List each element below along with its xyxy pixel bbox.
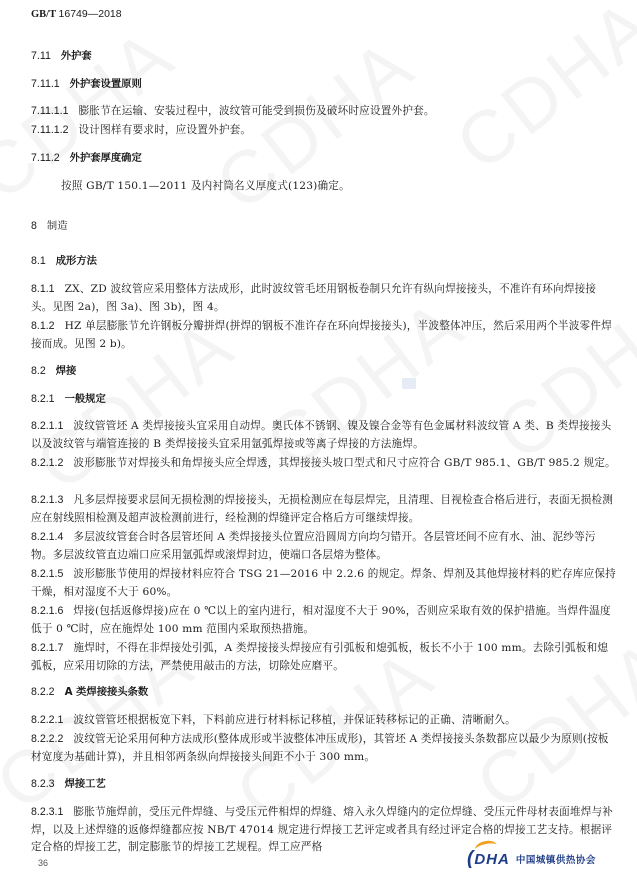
clause-text: 膨胀节施焊前，受压元件焊缝、与受压元件相焊的焊缝、熔入永久焊缝内的定位焊缝、受压… — [31, 806, 613, 853]
paragraph-8-2-1-6: 8.2.1.6焊接(包括返修焊接)应在 0 ℃以上的室内进行，相对湿度不大于 9… — [31, 603, 617, 638]
clause-text: 按照 GB/T 150.1—2011 及内衬筒名义厚度式(123)确定。 — [61, 180, 350, 192]
paragraph-8-2-1-3: 8.2.1.3凡多层焊接要求层间无损检测的焊接接头，无损检测应在每层焊完，且清理… — [31, 492, 617, 527]
clause-text: 设计图样有要求时，应设置外护套。 — [79, 124, 252, 136]
clause-text: 波形膨胀节使用的焊接材料应符合 TSG 21—2016 中 2.2.6 的规定。… — [31, 568, 616, 598]
section-title: 一般规定 — [65, 393, 106, 405]
heading-7-11-1: 7.11.1外护套设置原则 — [31, 76, 617, 94]
paragraph-8-2-1-1: 8.2.1.1波纹管管坯 A 类焊接接头宜采用自动焊。奥氏体不锈钢、镍及镍合金等… — [31, 418, 617, 453]
scan-artifact-mark — [402, 378, 416, 389]
heading-8-2-3: 8.2.3焊接工艺 — [31, 776, 617, 794]
clause-number: 8.2.1.4 — [31, 531, 63, 543]
heading-8-2-1: 8.2.1一般规定 — [31, 391, 617, 409]
section-title: 外护套厚度确定 — [70, 152, 142, 164]
cdha-logo-mark-icon: (DHA — [467, 848, 510, 870]
heading-8-2-2: 8.2.2A 类焊接接头条数 — [31, 684, 617, 702]
heading-8-2: 8.2焊接 — [31, 363, 617, 381]
paragraph-8-1-2: 8.1.2HZ 单层膨胀节允许钢板分瓣拼焊(拼焊的钢板不准许存在环向焊接接头)，… — [31, 318, 617, 353]
standard-number: 16749—2018 — [59, 8, 122, 20]
clause-number: 8.2.1.2 — [31, 457, 63, 469]
paragraph-8-2-2-2: 8.2.2.2波纹管无论采用何种方法成形(整体成形或半波整体冲压成形)，其管坯 … — [31, 731, 617, 766]
clause-text: ZX、ZD 波纹管应采用整体方法成形，此时波纹管毛坯用钢板卷制只允许有纵向焊接接… — [31, 283, 596, 313]
clause-number: 8.2.1.7 — [31, 642, 63, 654]
clause-number: 8.2.1.3 — [31, 494, 63, 506]
standard-code-header: GB/T 16749—2018 — [31, 8, 122, 20]
section-title: 外护套设置原则 — [70, 78, 142, 90]
heading-8: 8制造 — [31, 218, 617, 236]
clause-number: 8.2.1.1 — [31, 420, 63, 432]
paragraph-8-2-1-5: 8.2.1.5波形膨胀节使用的焊接材料应符合 TSG 21—2016 中 2.2… — [31, 566, 617, 601]
clause-text: 凡多层焊接要求层间无损检测的焊接接头，无损检测应在每层焊完，且清理、目视检查合格… — [31, 494, 613, 524]
section-title: 成形方法 — [56, 255, 97, 267]
clause-number: 8.2.1.5 — [31, 568, 63, 580]
paragraph-8-1-1: 8.1.1ZX、ZD 波纹管应采用整体方法成形，此时波纹管毛坯用钢板卷制只允许有… — [31, 281, 617, 316]
clause-text: 膨胀节在运输、安装过程中，波纹管可能受到损伤及破坏时应设置外护套。 — [79, 105, 435, 117]
heading-7-11: 7.11外护套 — [31, 48, 617, 66]
clause-number: 8.2.3.1 — [31, 806, 63, 818]
section-title: 焊接工艺 — [65, 778, 106, 790]
clause-text: 施焊时，不得在非焊接处引弧，A 类焊接接头焊接应有引弧板和熄弧板，板长不小于 1… — [31, 642, 608, 672]
paragraph-8-2-1-4: 8.2.1.4多层波纹管套合时各层管坯间 A 类焊接接头位置应沿圆周方向均匀错开… — [31, 529, 617, 564]
paragraph-7-11-2-body: 按照 GB/T 150.1—2011 及内衬筒名义厚度式(123)确定。 — [31, 178, 617, 196]
clause-text: 波纹管管坯根据板宽下料，下料前应进行材料标记移植，并保证转移标记的正确、清晰耐久… — [73, 714, 516, 726]
section-number: 8.2.3 — [31, 778, 55, 790]
clause-text: 焊接(包括返修焊接)应在 0 ℃以上的室内进行，相对湿度不大于 90%，否则应采… — [31, 605, 611, 635]
clause-number: 8.2.1.6 — [31, 605, 63, 617]
clause-text: 多层波纹管套合时各层管坯间 A 类焊接接头位置应沿圆周方向均匀错开。各层管坯间不… — [31, 531, 596, 561]
clause-text: HZ 单层膨胀节允许钢板分瓣拼焊(拼焊的钢板不准许存在环向焊接接头)，半波整体冲… — [31, 320, 612, 350]
clause-text: 波纹管无论采用何种方法成形(整体成形或半波整体冲压成形)，其管坯 A 类焊接接头… — [31, 733, 609, 763]
clause-number: 8.1.1 — [31, 283, 55, 295]
section-number: 8.2.1 — [31, 393, 55, 405]
logo-org-name: 中国城镇供热协会 — [516, 852, 596, 866]
section-number: 7.11.1 — [31, 78, 60, 90]
clause-number: 8.1.2 — [31, 320, 55, 332]
standard-prefix: GB/T — [31, 9, 56, 20]
clause-number: 8.2.2.1 — [31, 714, 63, 726]
section-title: A 类焊接接头条数 — [65, 686, 149, 698]
paragraph-8-2-1-2: 8.2.1.2波形膨胀节对焊接头和角焊接头应全焊透，其焊接接头坡口型式和尺寸应符… — [31, 455, 617, 473]
clause-text: 波形膨胀节对焊接头和角焊接头应全焊透，其焊接接头坡口型式和尺寸应符合 GB/T … — [73, 457, 615, 469]
section-number: 8.2.2 — [31, 686, 55, 698]
section-number: 7.11.2 — [31, 152, 60, 164]
clause-number: 7.11.1.2 — [31, 124, 69, 136]
page-number: 36 — [38, 858, 48, 868]
section-title: 焊接 — [56, 365, 77, 377]
paragraph-8-2-2-1: 8.2.2.1波纹管管坯根据板宽下料，下料前应进行材料标记移植，并保证转移标记的… — [31, 712, 617, 730]
section-title: 制造 — [47, 220, 68, 232]
section-title: 外护套 — [61, 50, 92, 62]
heading-7-11-2: 7.11.2外护套厚度确定 — [31, 150, 617, 168]
clause-number: 7.11.1.1 — [31, 105, 69, 117]
paragraph-8-2-1-7: 8.2.1.7施焊时，不得在非焊接处引弧，A 类焊接接头焊接应有引弧板和熄弧板，… — [31, 640, 617, 675]
section-number: 8.1 — [31, 255, 46, 267]
section-number: 7.11 — [31, 50, 51, 62]
paragraph-7-11-1-2: 7.11.1.2设计图样有要求时，应设置外护套。 — [31, 122, 617, 140]
clause-text: 波纹管管坯 A 类焊接接头宜采用自动焊。奥氏体不锈钢、镍及镍合金等有色金属材料波… — [31, 420, 611, 450]
section-number: 8 — [31, 220, 37, 232]
heading-8-1: 8.1成形方法 — [31, 253, 617, 271]
section-number: 8.2 — [31, 365, 46, 377]
cdha-logo: (DHA 中国城镇供热协会 — [467, 849, 596, 869]
paragraph-7-11-1-1: 7.11.1.1膨胀节在运输、安装过程中，波纹管可能受到损伤及破坏时应设置外护套… — [31, 103, 617, 121]
clause-number: 8.2.2.2 — [31, 733, 63, 745]
